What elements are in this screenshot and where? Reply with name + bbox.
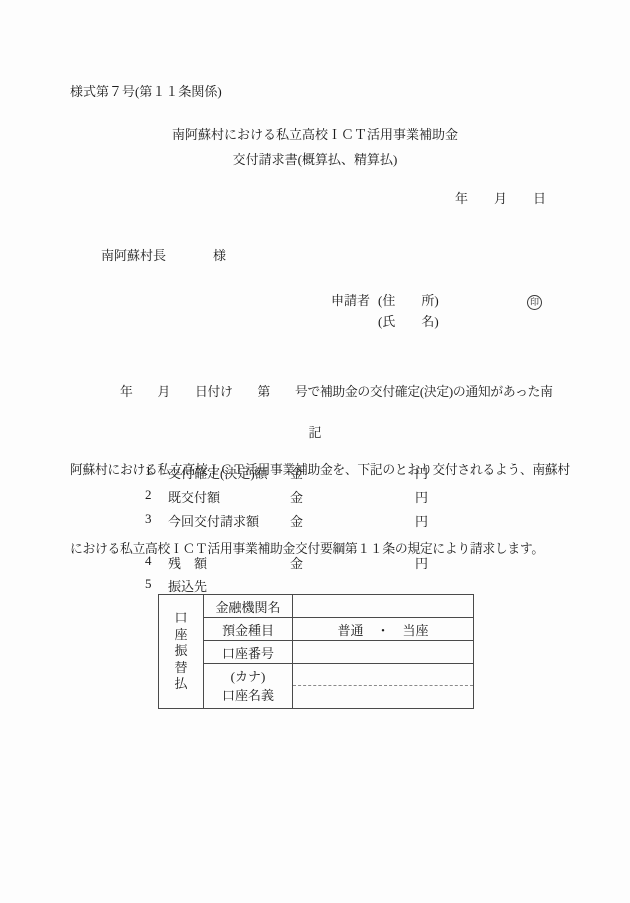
currency-prefix: 金 bbox=[290, 553, 303, 572]
record-heading: 記 bbox=[0, 422, 630, 441]
item-number: 5 bbox=[145, 576, 152, 592]
addressee-name: 南阿蘇村長 bbox=[101, 248, 166, 263]
bank-transfer-table: 口座振替払 金融機関名 預金種目 普通 ・ 当座 口座番号 (カナ) 口座名義 bbox=[158, 594, 474, 709]
item-label: 残 額 bbox=[168, 553, 207, 572]
item-label: 交付確定(決定)額 bbox=[168, 463, 268, 482]
table-label-account-number: 口座番号 bbox=[204, 641, 293, 664]
table-label-account-type: 預金種目 bbox=[204, 618, 293, 641]
item-number: 2 bbox=[145, 487, 152, 503]
addressee-line: 南阿蘇村長様 bbox=[88, 229, 226, 280]
item-number: 1 bbox=[145, 463, 152, 479]
currency-unit: 円 bbox=[415, 487, 428, 506]
currency-unit: 円 bbox=[415, 511, 428, 530]
kana-divider-line bbox=[293, 685, 473, 686]
currency-unit: 円 bbox=[415, 553, 428, 572]
item-label: 既交付額 bbox=[168, 487, 220, 506]
document-title-line1: 南阿蘇村における私立高校ＩＣＴ活用事業補助金 bbox=[0, 124, 630, 143]
kana-label: (カナ) bbox=[231, 667, 266, 686]
table-value-account-holder bbox=[293, 664, 473, 708]
seal-mark-icon: 印 bbox=[527, 295, 542, 310]
addressee-honorific: 様 bbox=[213, 248, 226, 263]
list-item-4: 4 残 額 金 円 bbox=[0, 553, 630, 569]
item-label: 振込先 bbox=[168, 576, 207, 595]
table-label-account-holder: (カナ) 口座名義 bbox=[204, 664, 293, 708]
table-label-bank-name: 金融機関名 bbox=[204, 595, 293, 618]
body-line: 年 月 日付け 第 号で補助金の交付確定(決定)の通知があった南 bbox=[70, 379, 585, 405]
table-value-account-number bbox=[293, 641, 473, 664]
table-value-account-type: 普通 ・ 当座 bbox=[293, 618, 473, 641]
account-holder-label: 口座名義 bbox=[222, 686, 274, 705]
currency-prefix: 金 bbox=[290, 463, 303, 482]
table-value-bank-name bbox=[293, 595, 473, 618]
item-number: 4 bbox=[145, 553, 152, 569]
table-vertical-header: 口座振替払 bbox=[159, 595, 204, 708]
item-number: 3 bbox=[145, 511, 152, 527]
form-number: 様式第７号(第１１条関係) bbox=[70, 81, 222, 100]
document-page: 様式第７号(第１１条関係) 南阿蘇村における私立高校ＩＣＴ活用事業補助金 交付請… bbox=[0, 0, 630, 903]
list-item-1: 1 交付確定(決定)額 金 円 bbox=[0, 463, 630, 479]
currency-unit: 円 bbox=[415, 463, 428, 482]
list-item-3: 3 今回交付請求額 金 円 bbox=[0, 511, 630, 527]
currency-prefix: 金 bbox=[290, 487, 303, 506]
currency-prefix: 金 bbox=[290, 511, 303, 530]
item-label: 今回交付請求額 bbox=[168, 511, 259, 530]
date-line: 年 月 日 bbox=[455, 188, 546, 207]
document-title-line2: 交付請求書(概算払、精算払) bbox=[0, 149, 630, 168]
list-item-2: 2 既交付額 金 円 bbox=[0, 487, 630, 503]
list-item-5: 5 振込先 bbox=[0, 576, 630, 592]
